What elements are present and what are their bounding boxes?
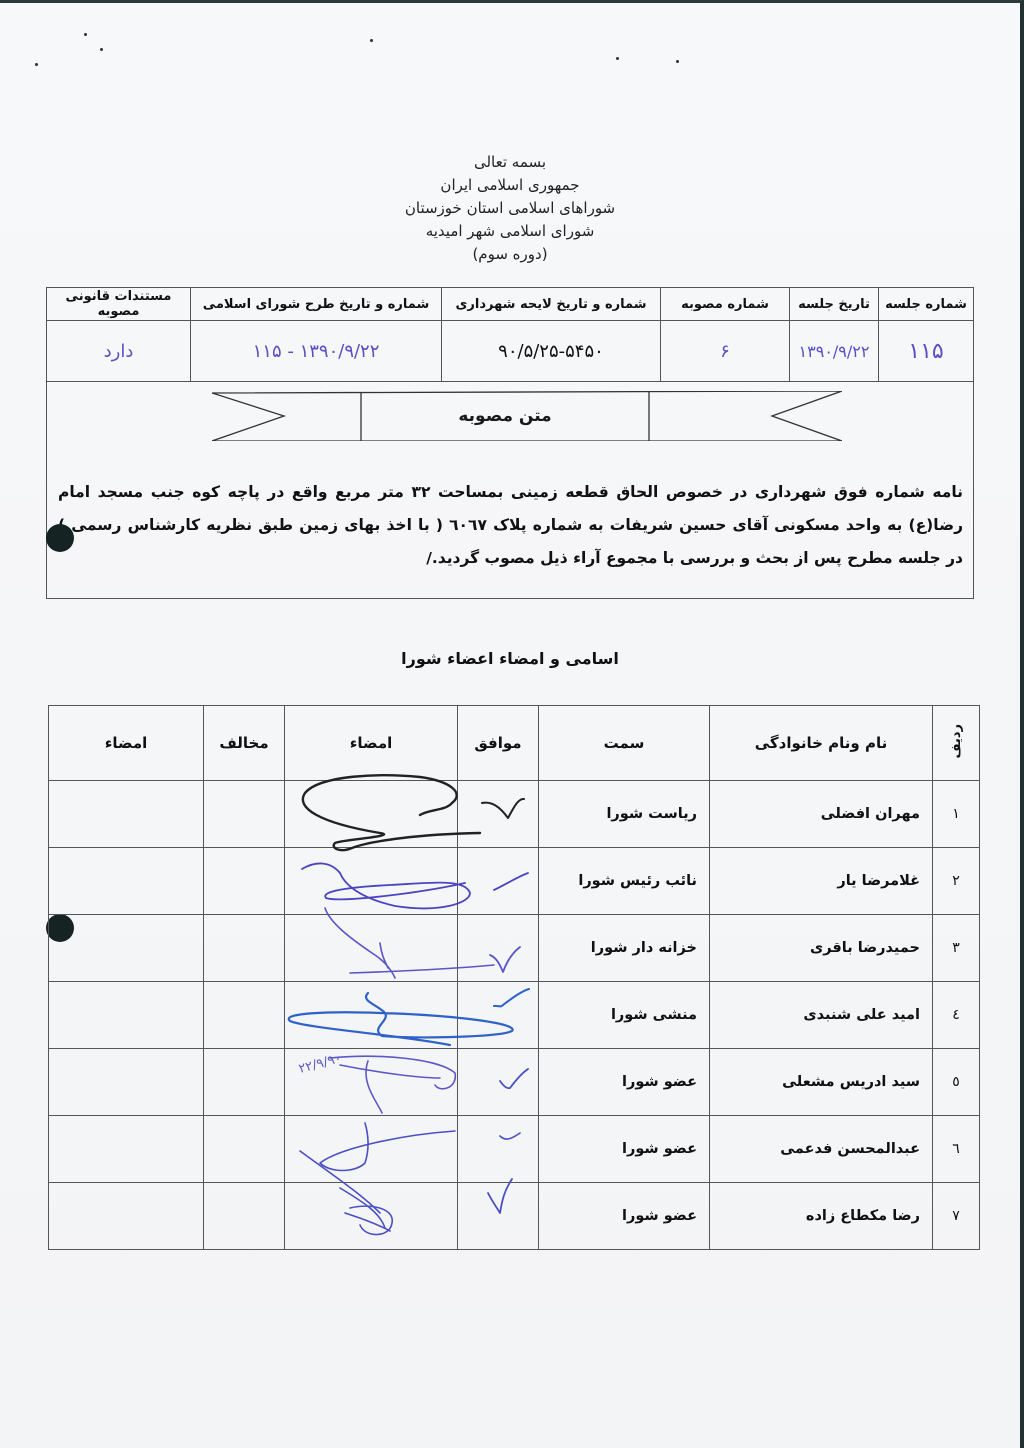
- disagree-cell: [204, 848, 285, 915]
- legal-documents-value: دارد: [47, 321, 191, 382]
- header-legal-documents: مستندات قانونی مصوبه: [47, 288, 191, 321]
- signature-2-cell: [49, 915, 204, 982]
- country-line: جمهوری اسلامی ایران: [360, 174, 660, 197]
- member-name: امید علی شنبدی: [710, 982, 933, 1049]
- signature-cell: [285, 781, 458, 848]
- session-date-value: ۱۳۹۰/۹/۲۲: [790, 321, 879, 382]
- signature-cell: [285, 1049, 458, 1116]
- signature-cell: [285, 915, 458, 982]
- member-row: ۲ غلامرضا یار نائب رئیس شورا: [49, 848, 980, 915]
- signature-2-cell: [49, 982, 204, 1049]
- member-role: عضو شورا: [539, 1116, 710, 1183]
- disagree-cell: [204, 1049, 285, 1116]
- header-agree: موافق: [458, 706, 539, 781]
- header-session-date: تاریخ جلسه: [790, 288, 879, 321]
- scan-speck: [676, 60, 679, 63]
- signature-cell: [285, 982, 458, 1049]
- agree-cell: [458, 915, 539, 982]
- header-resolution-number: شماره مصوبه: [661, 288, 790, 321]
- disagree-cell: [204, 915, 285, 982]
- letterhead: بسمه تعالی جمهوری اسلامی ایران شوراهای ا…: [360, 151, 660, 266]
- header-signature: امضاء: [285, 706, 458, 781]
- signature-cell: [285, 848, 458, 915]
- member-name: عبدالمحسن فدعمی: [710, 1116, 933, 1183]
- member-name: مهران افضلی: [710, 781, 933, 848]
- session-number-value: ۱۱۵: [879, 321, 974, 382]
- signature-2-cell: [49, 1116, 204, 1183]
- signature-cell: [285, 1116, 458, 1183]
- meta-header-row: شماره جلسه تاریخ جلسه شماره مصوبه شماره …: [47, 288, 974, 321]
- header-session-number: شماره جلسه: [879, 288, 974, 321]
- council-plan-value: ۱۳۹۰/۹/۲۲ - ۱۱۵: [191, 321, 442, 382]
- member-name: رضا مکطاع زاده: [710, 1183, 933, 1250]
- binder-hole-icon: [46, 524, 74, 552]
- resolution-meta-table: شماره جلسه تاریخ جلسه شماره مصوبه شماره …: [46, 287, 974, 382]
- disagree-cell: [204, 781, 285, 848]
- signature-cell: [285, 1183, 458, 1250]
- disagree-cell: [204, 1116, 285, 1183]
- scan-speck: [100, 48, 103, 51]
- member-row: ٥ سید ادریس مشعلی عضو شورا: [49, 1049, 980, 1116]
- header-role: سمت: [539, 706, 710, 781]
- header-name: نام ونام خانوادگی: [710, 706, 933, 781]
- member-row: ٦ عبدالمحسن فدعمی عضو شورا: [49, 1116, 980, 1183]
- member-number: ۳: [933, 915, 980, 982]
- agree-cell: [458, 982, 539, 1049]
- signature-2-cell: [49, 1183, 204, 1250]
- member-row: ۳ حمیدرضا باقری خزانه دار شورا: [49, 915, 980, 982]
- member-role: منشی شورا: [539, 982, 710, 1049]
- member-row: ۱ مهران افضلی ریاست شورا: [49, 781, 980, 848]
- member-role: عضو شورا: [539, 1049, 710, 1116]
- scan-speck: [35, 63, 38, 66]
- member-name: سید ادریس مشعلی: [710, 1049, 933, 1116]
- header-council-plan: شماره و تاریخ طرح شورای اسلامی: [191, 288, 442, 321]
- agree-cell: [458, 1183, 539, 1250]
- resolution-title: متن مصوبه: [360, 391, 650, 441]
- member-name: غلامرضا یار: [710, 848, 933, 915]
- member-row: ۷ رضا مکطاع زاده عضو شورا: [49, 1183, 980, 1250]
- disagree-cell: [204, 982, 285, 1049]
- member-number: ٤: [933, 982, 980, 1049]
- resolution-number-value: ۶: [661, 321, 790, 382]
- scan-speck: [84, 33, 87, 36]
- member-name: حمیدرضا باقری: [710, 915, 933, 982]
- member-number: ۱: [933, 781, 980, 848]
- meta-value-row: ۱۱۵ ۱۳۹۰/۹/۲۲ ۶ ۹۰/۵/۲۵-۵۴۵۰ ۱۳۹۰/۹/۲۲ -…: [47, 321, 974, 382]
- member-role: ریاست شورا: [539, 781, 710, 848]
- member-row: ٤ امید علی شنبدی منشی شورا: [49, 982, 980, 1049]
- scan-speck: [616, 57, 619, 60]
- disagree-cell: [204, 1183, 285, 1250]
- header-disagree: مخالف: [204, 706, 285, 781]
- members-header-row: ردیف نام ونام خانوادگی سمت موافق امضاء م…: [49, 706, 980, 781]
- municipality-bill-value: ۹۰/۵/۲۵-۵۴۵۰: [442, 321, 661, 382]
- scan-speck: [370, 39, 373, 42]
- resolution-body-text: نامه شماره فوق شهرداری در خصوص الحاق قطع…: [58, 476, 963, 575]
- signature-2-cell: [49, 848, 204, 915]
- member-number: ٥: [933, 1049, 980, 1116]
- member-role: نائب رئیس شورا: [539, 848, 710, 915]
- city-council-line: شورای اسلامی شهر امیدیه: [360, 220, 660, 243]
- agree-cell: [458, 1116, 539, 1183]
- resolution-text-box: متن مصوبه نامه شماره فوق شهرداری در خصوص…: [46, 380, 974, 599]
- agree-cell: [458, 781, 539, 848]
- header-signature-2: امضاء: [49, 706, 204, 781]
- member-number: ۲: [933, 848, 980, 915]
- signature-2-cell: [49, 1049, 204, 1116]
- members-section-title: اسامی و امضاء اعضاء شورا: [300, 649, 720, 668]
- member-number: ۷: [933, 1183, 980, 1250]
- signature-2-cell: [49, 781, 204, 848]
- header-row-number: ردیف: [933, 706, 980, 781]
- agree-cell: [458, 1049, 539, 1116]
- term-line: (دوره سوم): [360, 243, 660, 266]
- council-members-table: ردیف نام ونام خانوادگی سمت موافق امضاء م…: [48, 705, 980, 1250]
- province-councils-line: شوراهای اسلامی استان خوزستان: [360, 197, 660, 220]
- agree-cell: [458, 848, 539, 915]
- header-municipality-bill: شماره و تاریخ لایحه شهرداری: [442, 288, 661, 321]
- member-number: ٦: [933, 1116, 980, 1183]
- bismillah-line: بسمه تعالی: [360, 151, 660, 174]
- member-role: عضو شورا: [539, 1183, 710, 1250]
- scanned-document-page: بسمه تعالی جمهوری اسلامی ایران شوراهای ا…: [0, 0, 1024, 1448]
- member-role: خزانه دار شورا: [539, 915, 710, 982]
